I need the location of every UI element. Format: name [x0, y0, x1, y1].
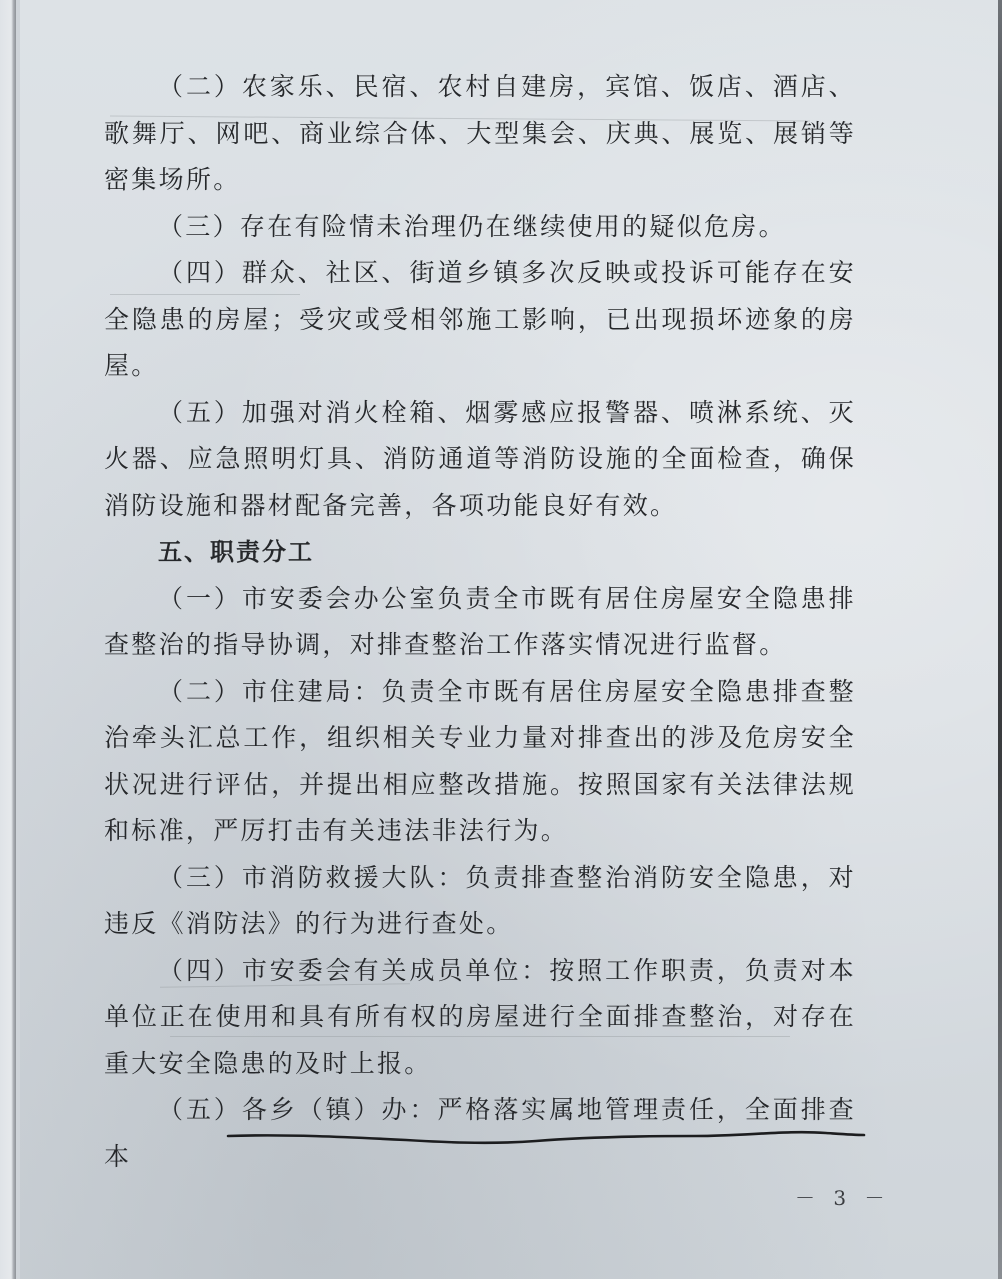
- handwritten-underline: [226, 1128, 866, 1148]
- section-heading-duties: 五、职责分工: [104, 529, 856, 576]
- paragraph-duty-2: （二）市住建局：负责全市既有居住房屋安全隐患排查整治牵头汇总工作，组织相关专业力…: [104, 669, 856, 855]
- paragraph-duty-4: （四）市安委会有关成员单位：按照工作职责，负责对本单位正在使用和具有所有权的房屋…: [104, 948, 856, 1088]
- paragraph-item-3-dangerous-houses: （三）存在有险情未治理仍在继续使用的疑似危房。: [104, 204, 856, 251]
- paragraph-item-2-places: （二）农家乐、民宿、农村自建房，宾馆、饭店、酒店、歌舞厅、网吧、商业综合体、大型…: [104, 64, 856, 204]
- page-right-edge: [998, 0, 1002, 1279]
- binding-edge: [0, 0, 16, 1279]
- paragraph-item-4-complaints: （四）群众、社区、街道乡镇多次反映或投诉可能存在安全隐患的房屋；受灾或受相邻施工…: [104, 250, 856, 390]
- paragraph-item-5-fire-facilities: （五）加强对消火栓箱、烟雾感应报警器、喷淋系统、灭火器、应急照明灯具、消防通道等…: [104, 390, 856, 530]
- paragraph-duty-1: （一）市安委会办公室负责全市既有居住房屋安全隐患排查整治的指导协调，对排查整治工…: [104, 576, 856, 669]
- paragraph-duty-3: （三）市消防救援大队：负责排查整治消防安全隐患，对违反《消防法》的行为进行查处。: [104, 855, 856, 948]
- document-body: （二）农家乐、民宿、农村自建房，宾馆、饭店、酒店、歌舞厅、网吧、商业综合体、大型…: [104, 64, 856, 1180]
- page-number: － 3 －: [795, 1182, 890, 1211]
